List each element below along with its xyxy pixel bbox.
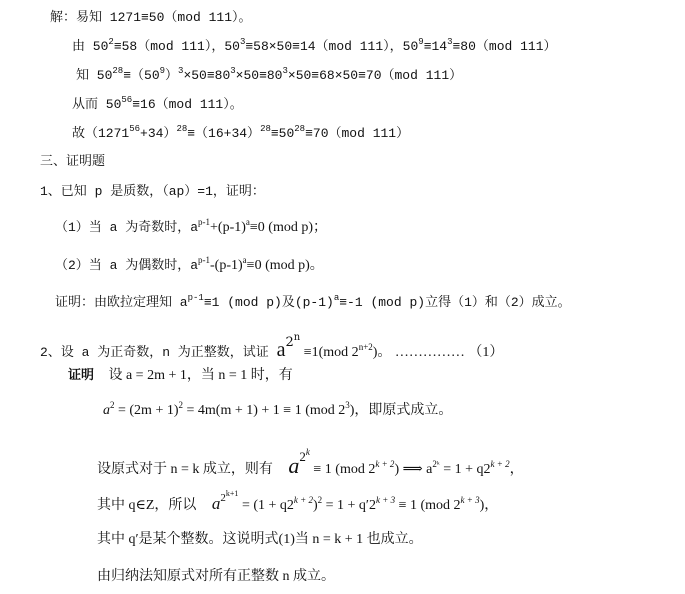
- problem-2-q-line: 其中 q′是某个整数。这说明式(1)当 n = k + 1 也成立。: [97, 531, 423, 549]
- text: = 1 + q2: [440, 462, 491, 477]
- exponent: n+2: [359, 342, 373, 352]
- text: +34）: [140, 126, 176, 141]
- text: ≡-1 (mod p)立得（1）和（2）成立。: [339, 295, 570, 310]
- exponent: 56: [121, 95, 132, 105]
- solution-line-5: 故（127156+34）28≡（16+34）28≡5028≡70（mod 111…: [72, 125, 409, 143]
- text: 证明：由欧拉定理知 a: [55, 295, 188, 310]
- text: )，: [480, 498, 499, 513]
- solution-line-3: 知 5028≡（509）3×50≡803×50≡803×50≡68×50≡70（…: [76, 67, 462, 85]
- problem-2-proof-intro: 证明 设 a = 2m + 1，当 n = 1 时，有: [68, 366, 293, 385]
- text: ×50≡80: [183, 68, 230, 83]
- problem-2-so-line: 其中 q∈Z，所以 a2k+1 = (1 + q2k + 2)2 = 1 + q…: [97, 494, 498, 515]
- text: （2）当 a 为偶数时，a: [55, 258, 198, 273]
- text: 设原式对于 n = k 成立，则有: [97, 462, 273, 477]
- text: 其中 q′是某个整数。这说明式(1)当 n = k + 1 也成立。: [97, 532, 423, 547]
- text: ≡50: [271, 126, 294, 141]
- text: ≡ 1 (mod 2: [310, 462, 375, 477]
- text: ×50≡68×50≡70（mod 111）: [288, 68, 462, 83]
- exponent: 2: [286, 335, 294, 350]
- exponent: k + 2: [294, 495, 313, 505]
- solution-line-4: 从而 5056≡16（mod 111）。: [72, 96, 243, 114]
- exponent: p-1: [198, 217, 210, 227]
- exponent: k + 3: [376, 495, 395, 505]
- text: ，: [510, 462, 524, 477]
- text: ≡70（mod 111）: [305, 126, 409, 141]
- text: )。 …………… （1）: [373, 345, 504, 360]
- problem-2-stem: 2、设 a 为正奇数，n 为正整数，试证 a2n ≡1(mod 2n+2)。 ……: [40, 338, 503, 362]
- text: +(p-1): [210, 220, 246, 235]
- text: ≡（50: [123, 68, 159, 83]
- problem-1-proof: 证明：由欧拉定理知 ap-1≡1 (mod p)及(p-1)a≡-1 (mod …: [55, 294, 571, 312]
- text: 设 a = 2m + 1，当 n = 1 时，有: [108, 368, 292, 383]
- text: = (2m + 1): [115, 403, 179, 418]
- text: ≡16（mod 111）。: [132, 97, 243, 112]
- problem-1-case-1: （1）当 a 为奇数时，ap-1+(p-1)a≡0 (mod p)；: [55, 218, 327, 237]
- text: ≡58（mod 111），50: [114, 39, 240, 54]
- exponent: p-1: [198, 255, 210, 265]
- problem-2-inductive-step: 设原式对于 n = k 成立，则有 a2k ≡ 1 (mod 2k + 2) ⟹…: [97, 452, 524, 479]
- text: a: [103, 403, 110, 418]
- exponent: k + 3: [461, 495, 480, 505]
- variable-a: a: [277, 339, 286, 361]
- text: ≡1 (mod p)及(p-1): [204, 295, 334, 310]
- exponent: k + 2: [375, 459, 394, 469]
- proof-label: 证明: [68, 368, 94, 383]
- text: 由归纳法知原式对所有正整数 n 成立。: [97, 569, 335, 584]
- exponent: k + 2: [491, 459, 510, 469]
- problem-1-case-2: （2）当 a 为偶数时，ap-1-(p-1)a≡0 (mod p)。: [55, 256, 324, 275]
- text: 故（1271: [72, 126, 129, 141]
- text: ≡1(mod 2: [300, 345, 358, 360]
- text: ≡（16+34）: [187, 126, 260, 141]
- exponent: 28: [294, 124, 305, 134]
- solution-line-1: 解：易知 1271≡50（mod 111）。: [50, 9, 252, 27]
- text: = (1 + q2: [238, 498, 293, 513]
- text: = 4m(m + 1) + 1 ≡ 1 (mod 2: [183, 403, 345, 418]
- exponent: 2ᵏ: [432, 459, 439, 469]
- text: 从而 50: [72, 97, 121, 112]
- exponent: 28: [176, 124, 187, 134]
- text: 知 50: [76, 68, 112, 83]
- text: -(p-1): [210, 258, 243, 273]
- exponent: p-1: [188, 293, 204, 303]
- text: ≡14: [424, 39, 447, 54]
- text: ≡58×50≡14（mod 111），50: [245, 39, 418, 54]
- exponent: 28: [260, 124, 271, 134]
- text: ≡0 (mod p)；: [250, 220, 327, 235]
- text: 由 50: [72, 39, 108, 54]
- solution-line-2: 由 502≡58（mod 111），503≡58×50≡14（mod 111），…: [72, 38, 557, 56]
- text: 其中 q∈Z，所以: [97, 498, 196, 513]
- variable-a: a: [288, 453, 299, 478]
- exponent: k: [306, 447, 310, 457]
- text: ×50≡80: [236, 68, 283, 83]
- text: ）: [165, 68, 178, 83]
- problem-2-conclusion: 由归纳法知原式对所有正整数 n 成立。: [97, 568, 335, 586]
- text: ) ⟹ a: [394, 462, 432, 477]
- exponent: 56: [129, 124, 140, 134]
- text: = 1 + q′2: [322, 498, 376, 513]
- exponent: n: [294, 332, 300, 343]
- text: （1）当 a 为奇数时，a: [55, 220, 198, 235]
- exponent: k+1: [226, 489, 239, 498]
- text: ≡80（mod 111）: [453, 39, 557, 54]
- text: 三、证明题: [40, 154, 105, 169]
- exponent: 28: [112, 66, 123, 76]
- text: ≡0 (mod p)。: [247, 258, 324, 273]
- section-title: 三、证明题: [40, 153, 105, 171]
- text: 1、已知 p 是质数，（ap）=1，证明：: [40, 184, 265, 199]
- problem-2-base-case: a2 = (2m + 1)2 = 4m(m + 1) + 1 ≡ 1 (mod …: [103, 402, 452, 420]
- problem-1-stem: 1、已知 p 是质数，（ap）=1，证明：: [40, 183, 265, 201]
- text: )，即原式成立。: [350, 403, 453, 418]
- text: 解：易知 1271≡50（mod 111）。: [50, 10, 252, 25]
- text: ≡ 1 (mod 2: [395, 498, 460, 513]
- text: 2、设 a 为正奇数，n 为正整数，试证: [40, 345, 277, 360]
